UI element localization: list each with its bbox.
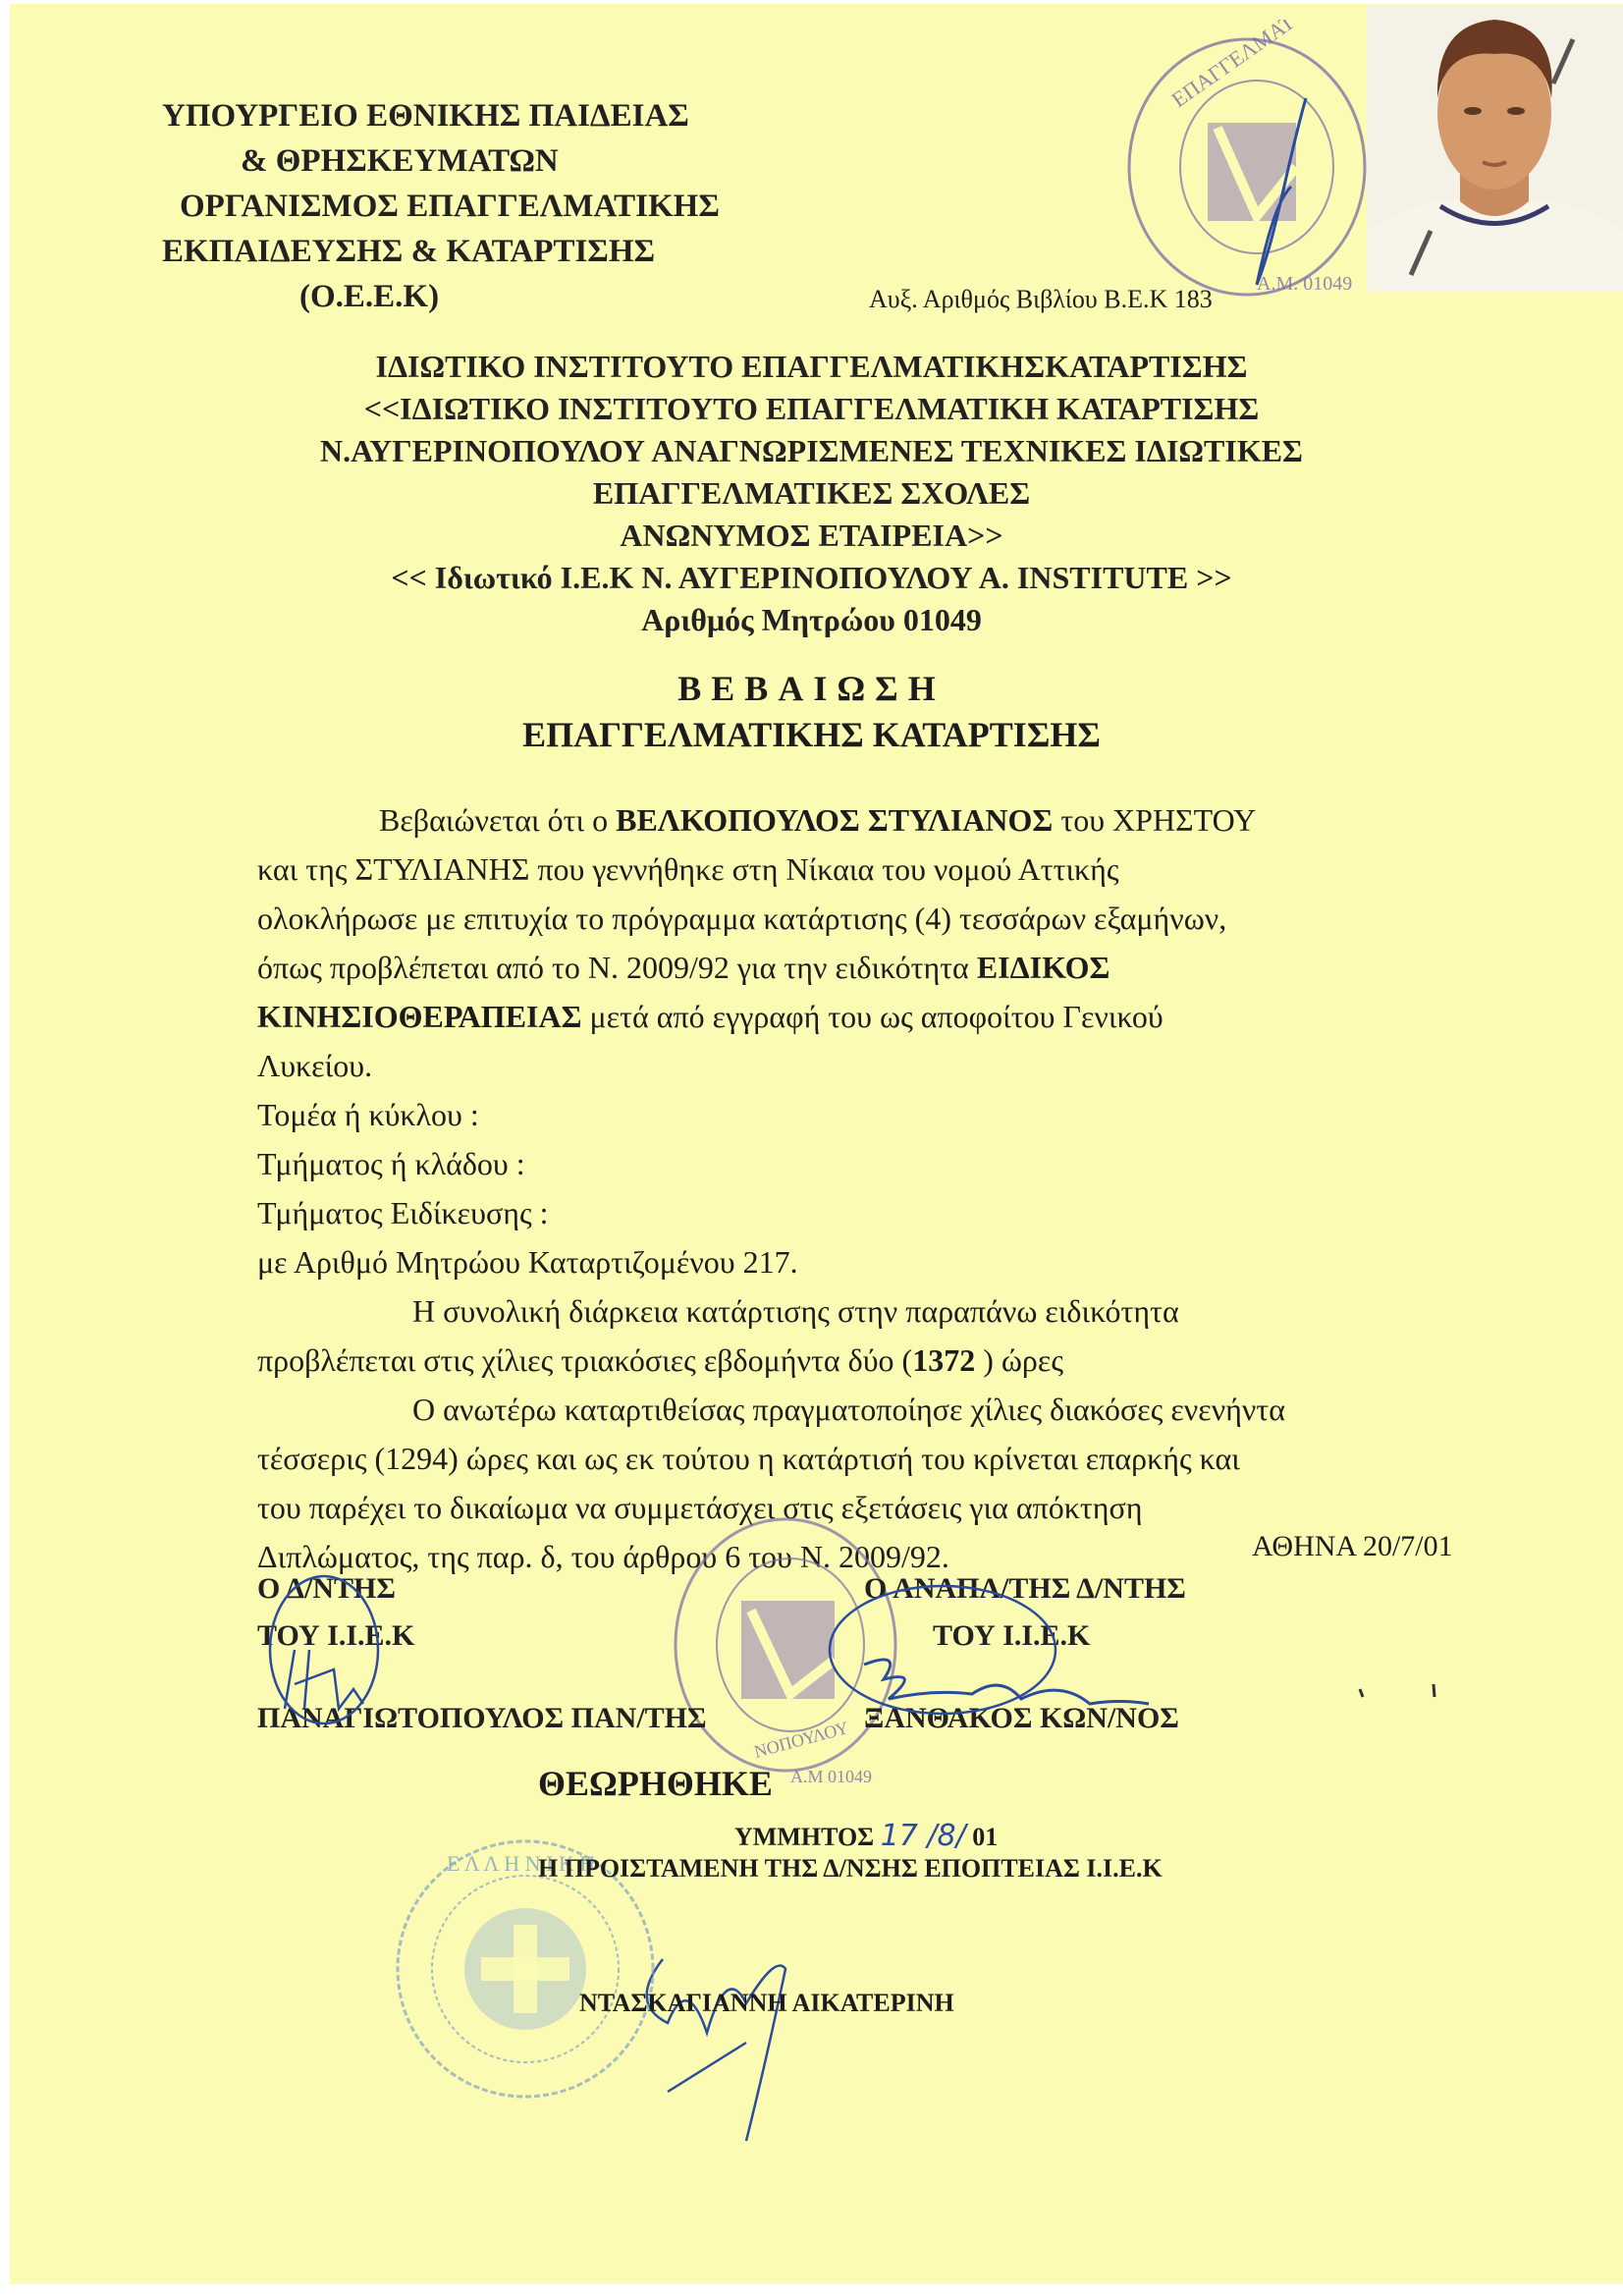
- director-title-2: ΤΟΥ Ι.Ι.Ε.Κ: [257, 1613, 707, 1660]
- institute-line: ΙΔΙΩΤΙΚΟ ΙΝΣΤΙΤΟΥΤΟ ΕΠΑΓΓΕΛΜΑΤΙΚΗΣΚΑΤΑΡΤ…: [0, 346, 1623, 388]
- director-title: Ο Δ/ΝΤΗΣ: [257, 1565, 707, 1613]
- svg-text:ΕΠΑΓΓΕΛΜΑΤ: ΕΠΑΓΓΕΛΜΑΤ: [1167, 20, 1300, 112]
- passport-photo: [1367, 5, 1623, 292]
- director-signature-block: Ο Δ/ΝΤΗΣ ΤΟΥ Ι.Ι.Ε.Κ ΠΑΝΑΓΙΩΤΟΠΟΥΛΟΣ ΠΑΝ…: [257, 1565, 707, 1742]
- body-line: όπως προβλέπεται από το Ν. 2009/92 για τ…: [257, 943, 1534, 992]
- approval-heading: ΘΕΩΡΗΘΗΚΕ: [538, 1763, 773, 1804]
- institute-line: <<ΙΔΙΩΤΙΚΟ ΙΝΣΤΙΤΟΥΤΟ ΕΠΑΓΓΕΛΜΑΤΙΚΗ ΚΑΤΑ…: [0, 388, 1623, 430]
- deputy-title: Ο ΑΝΑΠΛ/ΤΗΣ Δ/ΝΤΗΣ: [864, 1565, 1186, 1613]
- institute-line: << Ιδιωτικό Ι.Ε.Κ Ν. ΑΥΓΕΡΙΝΟΠΟΥΛΟΥ Α. I…: [0, 557, 1623, 599]
- director-name: ΠΑΝΑΓΙΩΤΟΠΟΥΛΟΣ ΠΑΝ/ΤΗΣ: [257, 1695, 707, 1742]
- approver-name: ΝΤΑΣΚΑΓΙΑΝΝΗ ΑΙΚΑΤΕΡΙΝΗ: [579, 1989, 954, 2018]
- institute-header: ΙΔΙΩΤΙΚΟ ΙΝΣΤΙΤΟΥΤΟ ΕΠΑΓΓΕΛΜΑΤΙΚΗΣΚΑΤΑΡΤ…: [0, 346, 1623, 641]
- body-line: και της ΣΤΥΛΙΑΝΗΣ που γεννήθηκε στη Νίκα…: [257, 845, 1534, 894]
- svg-text:Α.Μ. 01049: Α.Μ. 01049: [1257, 273, 1352, 295]
- svg-text:Α.Μ 01049: Α.Μ 01049: [790, 1767, 872, 1786]
- approval-place: ΥΜΜΗΤΟΣ: [734, 1823, 874, 1851]
- approval-date: ΥΜΜΗΤΟΣ 17 /8/ 01: [734, 1819, 998, 1853]
- ministry-header: ΥΠΟΥΡΓΕΙΟ ΕΘΝΙΚΗΣ ΠΑΙΔΕΙΑΣ & ΘΡΗΣΚΕΥΜΑΤΩ…: [162, 93, 720, 319]
- specialty: ΕΙΔΙΚΟΣ: [977, 950, 1110, 985]
- institute-stamp-top: ΕΠΑΓΓΕΛΜΑΤ Α.Μ. 01049: [1109, 20, 1375, 304]
- book-number: Αυξ. Αριθμός Βιβλίου Β.Ε.Κ 183: [869, 285, 1213, 314]
- field-department: Τμήματος ή κλάδου :: [257, 1139, 1534, 1188]
- handwritten-date: 17 /8/: [881, 1819, 966, 1853]
- field-specialization: Τμήματος Ειδίκευσης :: [257, 1188, 1534, 1237]
- institute-line: Ν.ΑΥΓΕΡΙΝΟΠΟΥΛΟΥ ΑΝΑΓΝΩΡΙΣΜΕΝΕΣ ΤΕΧΝΙΚΕΣ…: [0, 430, 1623, 472]
- student-name: ΒΕΛΚΟΠΟΥΛΟΣ ΣΤΥΛΙΑΝΟΣ: [616, 802, 1053, 838]
- certificate-body: Βεβαιώνεται ότι ο ΒΕΛΚΟΠΟΥΛΟΣ ΣΤΥΛΙΑΝΟΣ …: [257, 795, 1534, 1581]
- ministry-line: & ΘΡΗΣΚΕΥΜΑΤΩΝ: [162, 138, 720, 184]
- ministry-line: ΟΡΓΑΝΙΣΜΟΣ ΕΠΑΓΓΕΛΜΑΤΙΚΗΣ: [162, 184, 720, 229]
- body-line: Η συνολική διάρκεια κατάρτισης στην παρα…: [257, 1286, 1534, 1336]
- ministry-line: ΕΚΠΑΙΔΕΥΣΗΣ & ΚΑΤΑΡΤΙΣΗΣ: [162, 229, 720, 274]
- body-line: ολοκλήρωσε με επιτυχία το πρόγραμμα κατά…: [257, 894, 1534, 943]
- approver-role: Η ΠΡΟΙΣΤΑΜΕΝΗ ΤΗΣ Δ/ΝΣΗΣ ΕΠΟΠΤΕΙΑΣ Ι.Ι.Ε…: [538, 1854, 1163, 1884]
- deputy-title-2: ΤΟΥ Ι.Ι.Ε.Κ: [864, 1613, 1186, 1660]
- trainee-registry-number: με Αριθμό Μητρώου Καταρτιζομένου 217.: [257, 1237, 1534, 1286]
- body-line: Λυκείου.: [257, 1041, 1534, 1090]
- body-line: προβλέπεται στις χίλιες τριακόσιες εβδομ…: [257, 1336, 1534, 1385]
- deputy-name: ΞΑΝΘΑΚΟΣ ΚΩΝ/ΝΟΣ: [864, 1695, 1186, 1742]
- institute-line: ΑΝΩΝΥΜΟΣ ΕΤΑΙΡΕΙΑ>>: [0, 515, 1623, 557]
- specialty: ΚΙΝΗΣΙΟΘΕΡΑΠΕΙΑΣ: [257, 999, 582, 1034]
- body-line: Βεβαιώνεται ότι ο ΒΕΛΚΟΠΟΥΛΟΣ ΣΤΥΛΙΑΝΟΣ …: [257, 795, 1534, 845]
- document-title: ΒΕΒΑΙΩΣΗ: [0, 668, 1623, 709]
- deputy-signature-block: Ο ΑΝΑΠΛ/ΤΗΣ Δ/ΝΤΗΣ ΤΟΥ Ι.Ι.Ε.Κ ΞΑΝΘΑΚΟΣ …: [864, 1565, 1186, 1742]
- registry-number: Αριθμός Μητρώου 01049: [0, 599, 1623, 641]
- ministry-line: ΥΠΟΥΡΓΕΙΟ ΕΘΝΙΚΗΣ ΠΑΙΔΕΙΑΣ: [162, 93, 720, 138]
- approval-year: 01: [966, 1823, 999, 1851]
- ministry-line: (Ο.Ε.Ε.Κ): [162, 274, 720, 319]
- place-date: ΑΘΗΝΑ 20/7/01: [1252, 1530, 1453, 1563]
- body-line: τέσσερις (1294) ώρες και ως εκ τούτου η …: [257, 1434, 1534, 1483]
- body-line: Ο ανωτέρω καταρτιθείσας πραγματοποίησε χ…: [257, 1385, 1534, 1434]
- document-subtitle: ΕΠΑΓΓΕΛΜΑΤΙΚΗΣ ΚΑΤΑΡΤΙΣΗΣ: [0, 714, 1623, 755]
- total-hours: 1372: [912, 1342, 975, 1378]
- body-line: ΚΙΝΗΣΙΟΘΕΡΑΠΕΙΑΣ μετά από εγγραφή του ως…: [257, 992, 1534, 1041]
- institute-line: ΕΠΑΓΓΕΛΜΑΤΙΚΕΣ ΣΧΟΛΕΣ: [0, 472, 1623, 515]
- field-sector: Τομέα ή κύκλου :: [257, 1090, 1534, 1139]
